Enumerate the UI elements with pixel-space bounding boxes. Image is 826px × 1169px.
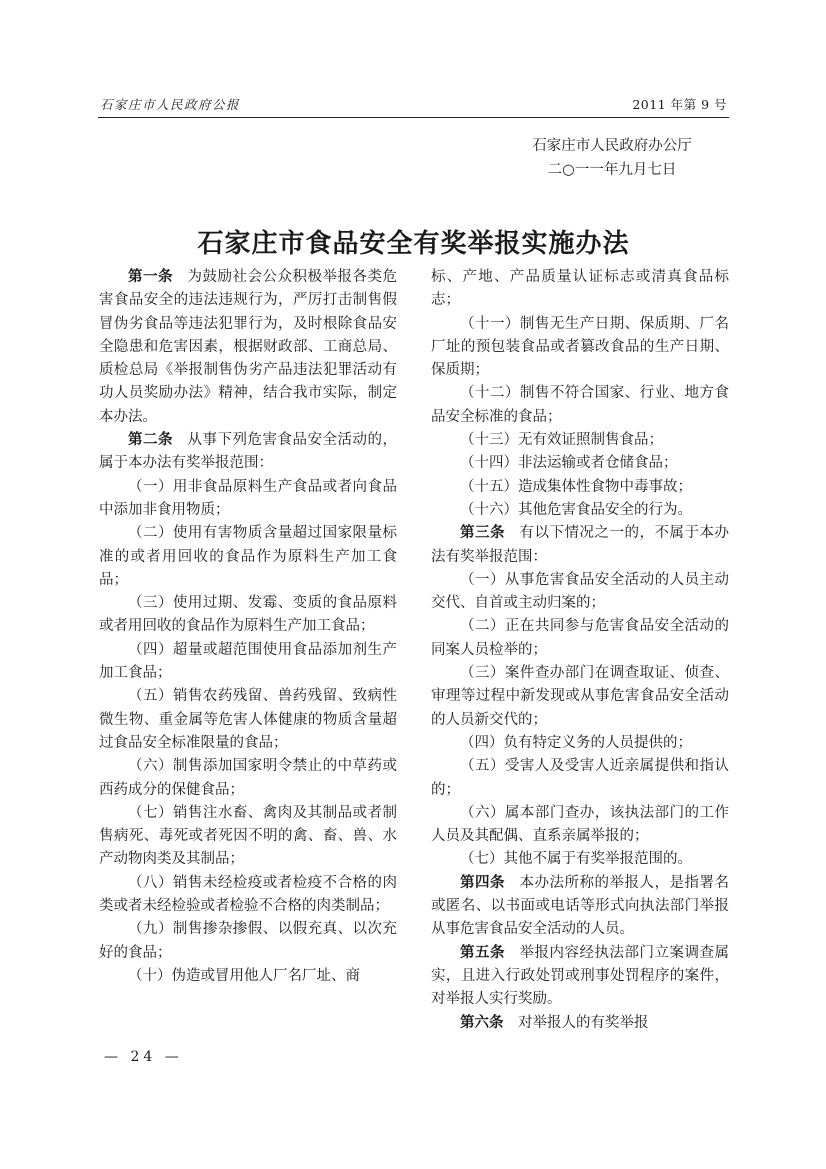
list-item: （十二）制售不符合国家、行业、地方食品安全标准的食品； (431, 382, 729, 429)
list-item: （七）销售注水畜、禽肉及其制品或者制售病死、毒死或者死因不明的禽、畜、兽、水产动… (99, 802, 397, 872)
issuing-office: 石家庄市人民政府办公厅 (512, 134, 712, 158)
left-column: 第一条为鼓励社会公众积极举报各类危害食品安全的违法违规行为，严厉打击制售假冒伪劣… (99, 266, 397, 988)
list-item: （二）正在共同参与危害食品安全活动的同案人员检举的； (431, 615, 729, 662)
list-item: （十三）无有效证照制售食品； (431, 429, 729, 452)
article-2: 第二条从事下列危害食品安全活动的，属于本办法有奖举报范围： (99, 429, 397, 476)
list-item: （十）伪造或冒用他人厂名厂址、商 (99, 965, 397, 988)
article-heading: 第一条 (128, 269, 173, 285)
issue-number: 2011 年第 9 号 (632, 95, 727, 113)
list-item: （十一）制售无生产日期、保质期、厂名厂址的预包装食品或者篡改食品的生产日期、保质… (431, 313, 729, 383)
running-header: 石家庄市人民政府公报 2011 年第 9 号 (98, 95, 729, 118)
issue-date: 二○一一年九月七日 (512, 158, 712, 182)
list-item: （一）用非食品原料生产食品或者向食品中添加非食用物质； (99, 476, 397, 523)
list-item: （四）超量或超范围使用食品添加剂生产加工食品； (99, 639, 397, 686)
article-5: 第五条举报内容经执法部门立案调查属实，且进入行政处罚或刑事处罚程序的案件，对举报… (431, 942, 729, 1012)
article-text: 为鼓励社会公众积极举报各类危害食品安全的违法违规行为，严厉打击制售假冒伪劣食品等… (99, 269, 397, 425)
publication-name: 石家庄市人民政府公报 (100, 95, 240, 113)
list-item: （十六）其他危害食品安全的行为。 (431, 499, 729, 522)
page-number: — 24 — (104, 1049, 183, 1065)
list-item: （八）销售未经检疫或者检疫不合格的肉类或者未经检验或者检验不合格的肉类制品； (99, 872, 397, 919)
document-title: 石家庄市食品安全有奖举报实施办法 (98, 223, 729, 260)
list-item: （一）从事危害食品安全活动的人员主动交代、自首或主动归案的； (431, 569, 729, 616)
article-heading: 第三条 (460, 525, 505, 541)
issuer-block: 石家庄市人民政府办公厅 二○一一年九月七日 (512, 134, 712, 182)
list-item: （五）受害人及受害人近亲属提供和指认的； (431, 755, 729, 802)
article-3: 第三条有以下情况之一的，不属于本办法有奖举报范围： (431, 522, 729, 569)
article-heading: 第二条 (128, 432, 173, 448)
article-6: 第六条对举报人的有奖举报 (431, 1012, 729, 1035)
list-item-continuation: 标、产地、产品质量认证标志或清真食品标志； (431, 266, 729, 313)
right-column: 标、产地、产品质量认证标志或清真食品标志； （十一）制售无生产日期、保质期、厂名… (431, 266, 729, 1035)
list-item: （三）案件查办部门在调查取证、侦查、审理等过程中新发现或从事危害食品安全活动的人… (431, 662, 729, 732)
article-text: 对举报人的有奖举报 (518, 1015, 649, 1031)
list-item: （四）负有特定义务的人员提供的； (431, 732, 729, 755)
article-heading: 第六条 (460, 1015, 504, 1031)
article-4: 第四条本办法所称的举报人，是指署名或匿名、以书面或电话等形式向执法部门举报从事危… (431, 872, 729, 942)
list-item: （五）销售农药残留、兽药残留、致病性微生物、重金属等危害人体健康的物质含量超过食… (99, 685, 397, 755)
list-item: （三）使用过期、发霉、变质的食品原料或者用回收的食品作为原料生产加工食品； (99, 592, 397, 639)
list-item: （六）制售添加国家明令禁止的中草药或西药成分的保健食品； (99, 755, 397, 802)
article-heading: 第四条 (460, 875, 505, 891)
list-item: （七）其他不属于有奖举报范围的。 (431, 848, 729, 871)
list-item: （九）制售掺杂掺假、以假充真、以次充好的食品； (99, 918, 397, 965)
list-item: （十五）造成集体性食物中毒事故； (431, 476, 729, 499)
list-item: （二）使用有害物质含量超过国家限量标准的或者用回收的食品作为原料生产加工食品； (99, 522, 397, 592)
list-item: （六）属本部门查办，该执法部门的工作人员及其配偶、直系亲属举报的； (431, 802, 729, 849)
list-item: （十四）非法运输或者仓储食品； (431, 452, 729, 475)
article-heading: 第五条 (460, 945, 505, 961)
article-1: 第一条为鼓励社会公众积极举报各类危害食品安全的违法违规行为，严厉打击制售假冒伪劣… (99, 266, 397, 429)
